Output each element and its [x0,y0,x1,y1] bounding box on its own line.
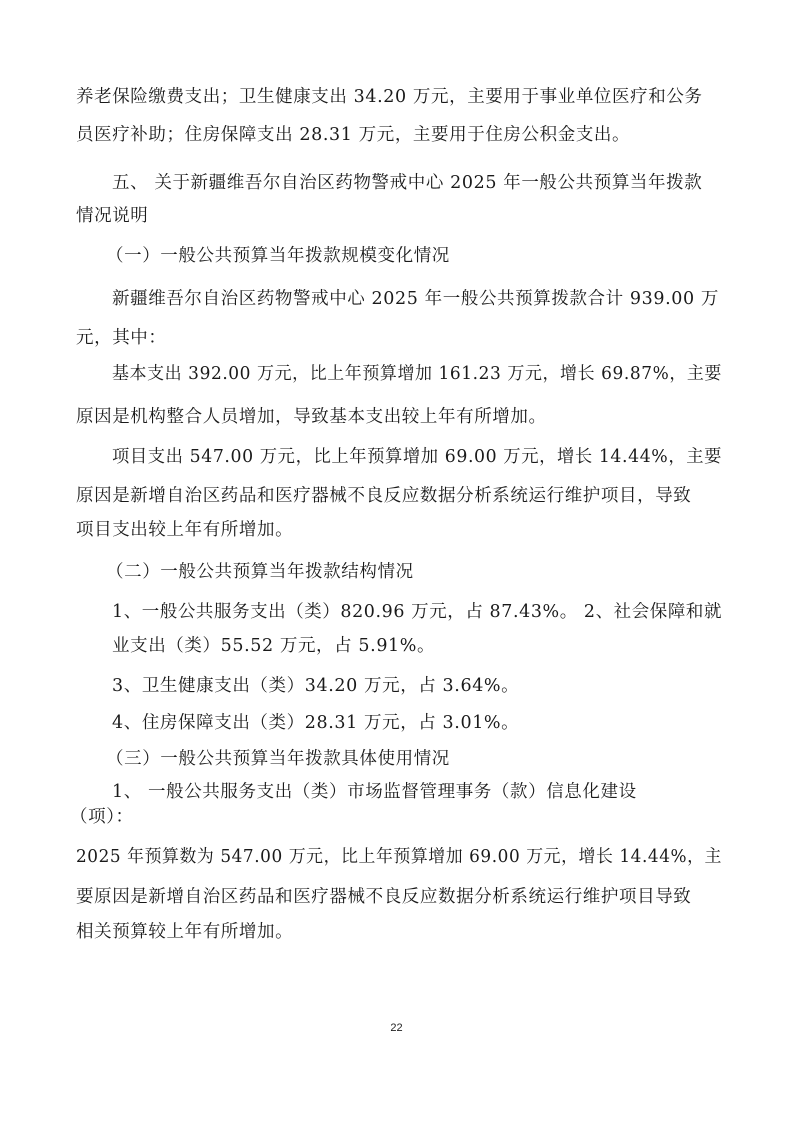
page-number: 22 [0,1022,793,1034]
text-line: 1、 一般公共服务支出（类）市场监督管理事务（款）信息化建设 [112,781,637,803]
text-line: 情况说明 [76,205,148,227]
text-line: 2025 年预算数为 547.00 万元，比上年预算增加 69.00 万元，增长… [76,846,722,868]
text-line: 业支出（类）55.52 万元，占 5.91%。 [112,635,435,657]
text-line: 项目支出 547.00 万元，比上年预算增加 69.00 万元，增长 14.44… [112,446,722,468]
text-line: （项）： [70,806,134,828]
text-line: 元，其中： [76,327,167,349]
text-line: 原因是新增自治区药品和医疗器械不良反应数据分析系统运行维护项目，导致 [76,485,691,507]
text-line: 1、一般公共服务支出（类）820.96 万元，占 87.43%。 2、社会保障和… [112,601,722,623]
text-line: 项目支出较上年有所增加。 [76,519,293,541]
text-line: （三）一般公共预算当年拨款具体使用情况 [106,748,450,770]
text-line: 要原因是新增自治区药品和医疗器械不良反应数据分析系统运行维护项目导致 [76,886,691,908]
text-line: 基本支出 392.00 万元，比上年预算增加 161.23 万元，增长 69.8… [112,363,722,385]
text-line: 4、住房保障支出（类）28.31 万元，占 3.01%。 [112,712,519,734]
text-line: 员医疗补助；住房保障支出 28.31 万元，主要用于住房公积金支出。 [76,124,630,146]
text-line: 新疆维吾尔自治区药物警戒中心 2025 年一般公共预算拨款合计 939.00 万 [112,288,719,310]
text-line: 五、 关于新疆维吾尔自治区药物警戒中心 2025 年一般公共预算当年拨款 [112,172,702,194]
text-line: 3、卫生健康支出（类）34.20 万元，占 3.64%。 [112,675,519,697]
text-line: 养老保险缴费支出；卫生健康支出 34.20 万元，主要用于事业单位医疗和公务 [76,86,703,108]
text-line: （一）一般公共预算当年拨款规模变化情况 [106,245,450,267]
text-line: （二）一般公共预算当年拨款结构情况 [106,561,414,583]
text-line: 原因是机构整合人员增加，导致基本支出较上年有所增加。 [76,406,547,428]
text-line: 相关预算较上年有所增加。 [76,921,293,943]
